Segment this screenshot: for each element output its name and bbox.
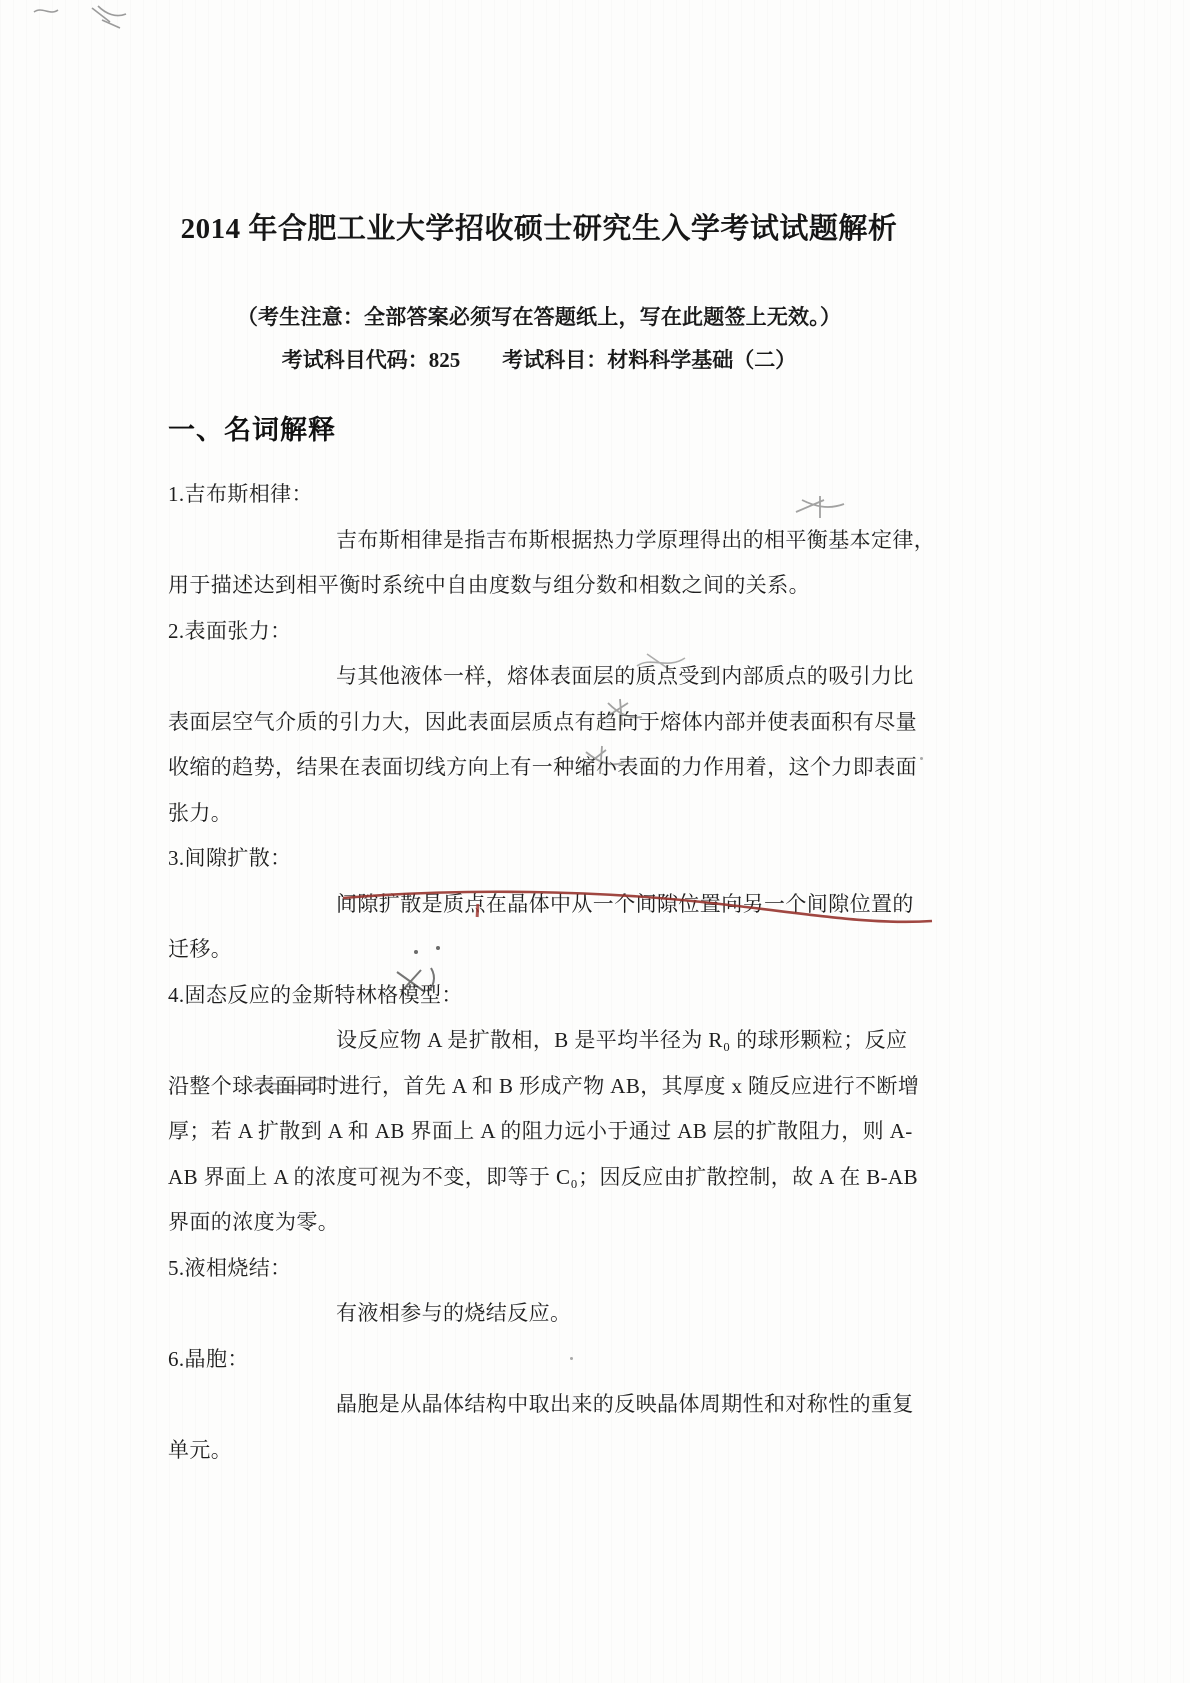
definition-line: 界面的浓度为零。 [168,1200,910,1246]
definition-line: 与其他液体一样，熔体表面层的质点受到内部质点的吸引力比 [168,654,910,700]
term-4-label: 4.固态反应的金斯特林格模型： [168,973,910,1019]
definition-line: AB 界面上 A 的浓度可视为不变，即等于 C₀；因反应由扩散控制，故 A 在 … [168,1155,910,1201]
section-heading: 一、名词解释 [168,408,336,447]
definition-line-struck: 间隙扩散是质点在晶体中从一个间隙位置向另一个间隙位置的 [168,882,910,928]
definition-line: 迁移。 [168,927,910,973]
scan-artifact-mark [28,2,158,36]
exam-document-page: 2014 年合肥工业大学招收硕士研究生入学考试试题解析 （考生注意：全部答案必须… [0,0,1190,1683]
definition-line: 有液相参与的烧结反应。 [168,1291,910,1337]
term-1-label: 1.吉布斯相律： [168,472,910,518]
definition-line: 设反应物 A 是扩散相，B 是平均半径为 R₀ 的球形颗粒；反应 [168,1018,910,1064]
definition-line: 用于描述达到相平衡时系统中自由度数与组分数和相数之间的关系。 [168,563,910,609]
definition-line: 厚；若 A 扩散到 A 和 AB 界面上 A 的阻力远小于通过 AB 层的扩散阻… [168,1109,910,1155]
definition-line: 表面层空气介质的引力大，因此表面层质点有趋向于熔体内部并使表面积有尽量 [168,700,910,746]
definitions-block: 1.吉布斯相律： 吉布斯相律是指吉布斯根据热力学原理得出的相平衡基本定律， 用于… [168,472,910,1473]
candidate-notice: （考生注意：全部答案必须写在答题纸上，写在此题签上无效。） [168,301,910,331]
subject-line: 考试科目代码：825考试科目：材料科学基础（二） [168,344,910,374]
term-2-label: 2.表面张力： [168,609,910,655]
scan-speck [570,1357,573,1360]
subject-name: 考试科目：材料科学基础（二） [502,348,796,372]
subject-code: 考试科目代码：825 [282,348,461,372]
definition-line: 单元。 [168,1428,910,1474]
scan-speck [920,757,923,760]
definition-line: 张力。 [168,791,910,837]
definition-line: 收缩的趋势，结果在表面切线方向上有一种缩小表面的力作用着，这个力即表面 [168,745,910,791]
definition-line: 沿整个球表面同时进行，首先 A 和 B 形成产物 AB，其厚度 x 随反应进行不… [168,1064,910,1110]
term-5-label: 5.液相烧结： [168,1246,910,1292]
term-6-label: 6.晶胞： [168,1337,910,1383]
term-3-label: 3.间隙扩散： [168,836,910,882]
definition-line: 晶胞是从晶体结构中取出来的反映晶体周期性和对称性的重复 [168,1382,910,1428]
definition-line: 吉布斯相律是指吉布斯根据热力学原理得出的相平衡基本定律， [168,518,910,564]
page-title: 2014 年合肥工业大学招收硕士研究生入学考试试题解析 [168,206,910,247]
